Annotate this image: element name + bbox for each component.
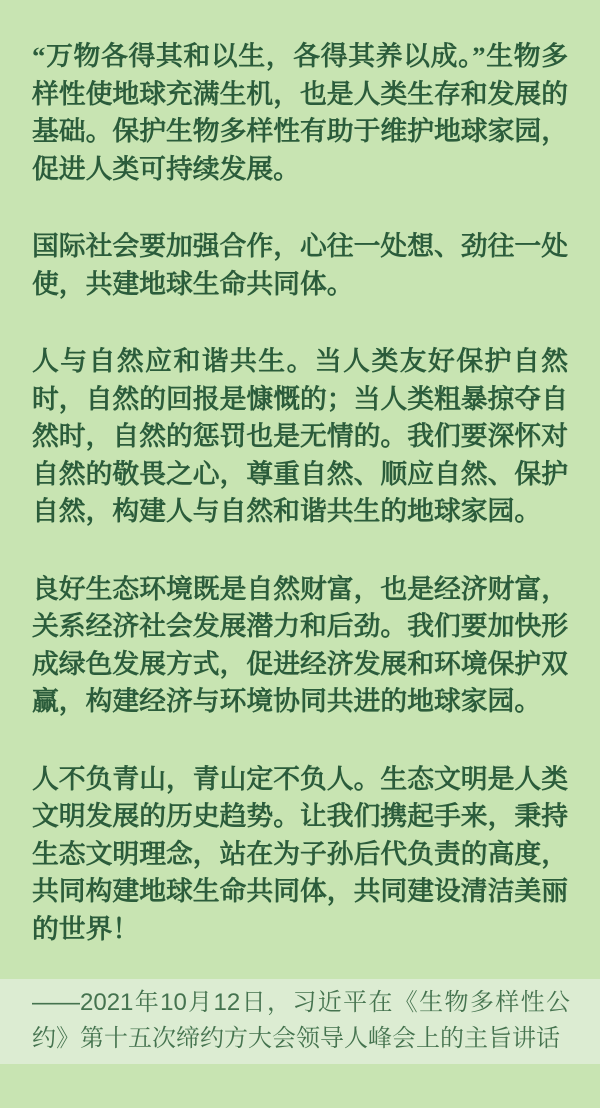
quote-paragraph: 人与自然应和谐共生。当人类友好保护自然时，自然的回报是慷慨的；当人类粗暴掠夺自然… xyxy=(32,343,568,531)
attribution-bar: ——2021年10月12日，习近平在《生物多样性公约》第十五次缔约方大会领导人峰… xyxy=(0,979,600,1064)
quote-paragraph: “万物各得其和以生，各得其养以成。”生物多样性使地球充满生机，也是人类生存和发展… xyxy=(32,38,568,188)
attribution-text: ——2021年10月12日，习近平在《生物多样性公约》第十五次缔约方大会领导人峰… xyxy=(32,985,570,1057)
quote-card: “万物各得其和以生，各得其养以成。”生物多样性使地球充满生机，也是人类生存和发展… xyxy=(0,0,600,1108)
quote-paragraph: 良好生态环境既是自然财富，也是经济财富，关系经济社会发展潜力和后劲。我们要加快形… xyxy=(32,571,568,721)
quote-body: “万物各得其和以生，各得其养以成。”生物多样性使地球充满生机，也是人类生存和发展… xyxy=(0,0,600,948)
quote-paragraph: 人不负青山，青山定不负人。生态文明是人类文明发展的历史趋势。让我们携起手来，秉持… xyxy=(32,761,568,949)
quote-paragraph: 国际社会要加强合作，心往一处想、劲往一处使，共建地球生命共同体。 xyxy=(32,228,568,303)
